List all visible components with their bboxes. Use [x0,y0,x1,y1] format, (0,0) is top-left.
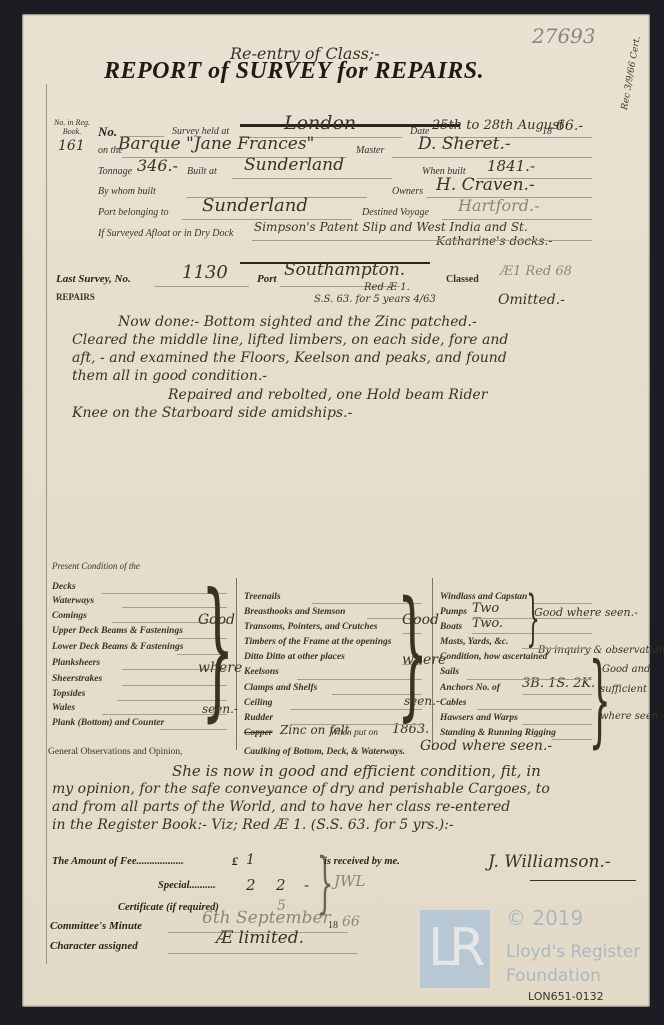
condition-label: Copper [244,728,273,738]
condition-value: where [198,660,242,676]
when-built-value: 1841.- [487,157,535,175]
reg-book-value: 161 [58,138,85,154]
committee-minute-value: 6th September [202,908,331,928]
condition-rule [552,739,592,740]
signature-rule [530,880,636,881]
observation-line: She is now in good and efficient conditi… [172,762,541,780]
tonnage-value: 346.- [137,156,178,175]
built-at-label: Built at [187,166,217,177]
repairs-line: them all in good condition.- [72,368,267,384]
watermark-copyright: © 2019 [506,906,583,930]
last-port-label: Port [257,273,277,285]
condition-label: Condition, how ascertained [440,652,547,662]
condition-label: Decks [52,582,76,592]
committee-year-prefix: 18 [328,920,338,931]
corner-annotation: Rec 3/9/66 Cert. [620,35,643,110]
received-initials: JWL [334,872,365,890]
page-title: REPORT of SURVEY for REPAIRS. [104,58,484,85]
lr-logo-icon: LR [420,910,490,988]
condition-rule [467,679,592,680]
master-value: D. Sheret.- [418,134,511,154]
condition-label: Comings [52,611,87,621]
by-whom-label: By whom built [98,186,156,197]
when-put-on-label: When put on [330,728,378,738]
condition-rule [477,709,592,710]
brace-value: Good where seen.- [534,606,638,619]
condition-label: Sheerstrakes [52,674,102,684]
condition-label: Transoms, Pointers, and Crutches [244,622,377,632]
condition-label: Boats [440,622,462,632]
watermark-org-line1: Lloyd's Register [506,942,640,962]
port-value: Sunderland [202,195,308,216]
condition-label: Masts, Yards, &c. [440,637,508,647]
survey-document: Re-entry of Class;- 27693 Rec 3/9/66 Cer… [22,14,650,1007]
owners-label: Owners [392,186,423,197]
special-label: Special.......... [158,880,216,891]
classed-label: Classed [446,274,479,285]
master-label: Master [356,145,384,156]
character-rule [168,953,358,954]
last-survey-value: 1130 [182,262,228,283]
repairs-line: Knee on the Starboard side amidships.- [72,405,352,421]
reg-book-label: No. in Reg. Book. [52,118,92,136]
condition-label: Lower Deck Beams & Fastenings [52,642,183,652]
reference-code: LON651-0132 [528,990,604,1003]
present-condition-label: Present Condition of the [52,561,140,571]
last-survey-label: Last Survey, No. [56,273,131,285]
survey-held-value: London [284,112,356,134]
dock-label: If Surveyed Afloat or in Dry Dock [98,228,233,239]
year-prefix: 18 [542,126,552,137]
condition-rule [522,724,592,725]
archive-number: 27693 [532,24,596,48]
brace-value: Good and [602,664,650,675]
condition-label: Rudder [244,713,273,723]
voyage-value: Hartford.- [458,196,540,215]
special-pence: - [304,876,309,894]
condition-label: Planksheers [52,658,100,668]
year-value: 66.- [556,118,583,134]
repairs-line: Cleared the middle line, lifted limbers,… [72,332,508,348]
brace-value: sufficient [600,684,647,695]
dock-value-line2: Katharine's docks.- [436,234,552,248]
built-at-value: Sunderland [244,155,344,175]
condition-value: seen.- [404,694,440,708]
condition-label: Plank (Bottom) and Counter [52,718,164,728]
dock-rule [252,240,592,241]
surveyor-signature: J. Williamson.- [488,852,611,872]
condition-label: Hawsers and Warps [440,713,518,723]
condition-value: Good [402,612,439,628]
committee-year-value: 66 [342,914,360,930]
condition-label: Pumps [440,607,467,617]
port-label: Port belonging to [98,207,169,218]
character-value: Æ limited. [216,928,304,948]
condition-label: Anchors No. of [440,683,500,693]
committee-minute-label: Committee's Minute [50,920,142,932]
caulking-label: Caulking of Bottom, Deck, & Waterways. [244,747,405,757]
condition-label: Topsides [52,689,85,699]
fee-amount-label: The Amount of Fee.................. [52,856,184,867]
tonnage-label: Tonnage [98,166,132,177]
no-label: No. [98,124,117,140]
brace-value: where seen.- [600,711,664,722]
watermark-org-line2: Foundation [506,966,601,986]
classed-note-3: Omitted.- [498,292,565,308]
condition-label: Breasthooks and Stemson [244,607,345,617]
lr-logo-text: LR [428,918,477,978]
character-label: Character assigned [50,940,138,952]
pumps-value: Two [472,601,499,616]
condition-label: Ditto Ditto at other places [244,652,345,662]
condition-label: Wales [52,703,75,713]
repairs-line: aft, - and examined the Floors, Keelson … [72,350,507,366]
condition-label: Timbers of the Frame at the openings [244,637,391,647]
condition-label: Clamps and Shelfs [244,683,317,693]
repairs-label: REPAIRS [56,292,95,302]
caulking-value: Good where seen.- [420,738,552,754]
condition-rule [532,603,592,604]
condition-rule [522,694,592,695]
special-pounds: 2 [246,876,256,894]
classed-value: Æ1 Red 68 [500,264,572,279]
repairs-line: Now done:- Bottom sighted and the Zinc p… [118,314,477,330]
special-shillings: 2 [276,876,286,894]
condition-label: Sails [440,667,459,677]
vessel-value: Barque "Jane Frances" [118,134,314,154]
voyage-label: Destined Voyage [362,207,429,218]
last-survey-rule [154,286,249,287]
condition-value: Good [198,612,235,628]
condition-label: Upper Deck Beams & Fastenings [52,626,183,636]
observation-line: and from all parts of the World, and to … [52,799,510,815]
fee-currency: £ [232,854,238,869]
received-label: is received by me. [324,856,400,867]
owners-value: H. Craven.- [436,175,535,195]
classed-note-1: Red Æ 1. [364,282,410,293]
observation-line: my opinion, for the safe conveyance of d… [52,781,550,797]
last-port-value: Southampton. [284,260,405,280]
margin-rule [46,84,47,964]
observation-line: in the Register Book:- Viz; Red Æ 1. (S.… [52,817,454,833]
condition-label: Treenails [244,592,281,602]
fee-amount-pounds: 1 [246,852,255,868]
condition-label: Keelsons [244,667,279,677]
dock-value-line1: Simpson's Patent Slip and West India and… [254,220,528,234]
condition-label: Ceiling [244,698,273,708]
built-at-rule [232,178,392,179]
observations-label: General Observations and Opinion, [48,747,183,757]
condition-value: seen.- [202,702,238,716]
condition-label: Waterways [52,596,94,606]
repairs-line: Repaired and rebolted, one Hold beam Rid… [168,387,487,403]
classed-note-2: S.S. 63. for 5 years 4/63 [314,294,436,305]
condition-label: Standing & Running Rigging [440,728,556,738]
condition-label: Cables [440,698,466,708]
